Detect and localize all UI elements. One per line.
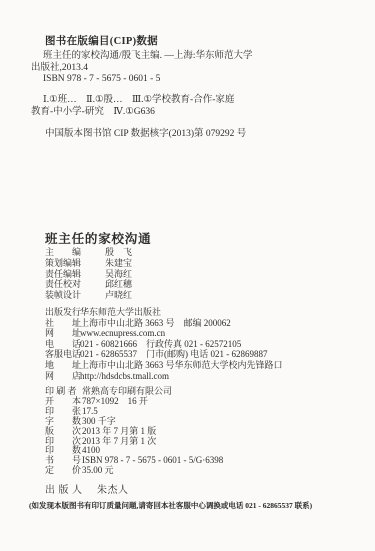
credit-label: 主 编 — [45, 247, 105, 258]
publisher-info-label: 客服电话 — [45, 349, 80, 360]
publisher-info-label: 网 店 — [45, 371, 80, 382]
cip-classification-line: Ⅰ.①班… Ⅱ.①殷… Ⅲ.①学校教育-合作-家庭 — [31, 95, 234, 107]
cip-bibliographic-block: 班主任的家校沟通/殷飞主编. —上海:华东师范大学 出版社,2013.4 ISB… — [31, 51, 253, 86]
credit-row: 装帧设计卢晓红 — [45, 290, 132, 301]
print-info-label: 定 价 — [45, 466, 82, 476]
colophon-page: 图书在版编目(CIP)数据 班主任的家校沟通/殷飞主编. —上海:华东师范大学 … — [0, 0, 375, 551]
publisher-person-value: 朱杰人 — [97, 485, 129, 496]
credit-value: 吴海红 — [105, 269, 132, 279]
print-info-value: 常熟高专印刷有限公司 — [82, 386, 172, 396]
publisher-info-row: 网 店http://hdsdcbs.tmall.com — [45, 371, 283, 382]
publisher-info-value: 华东师范大学出版社 — [80, 307, 161, 317]
print-info-row: 定 价35.00 元 — [45, 466, 223, 476]
credit-value: 朱建宝 — [105, 258, 132, 268]
credit-label: 策划编辑 — [45, 258, 105, 269]
credit-value: 邱红穗 — [105, 279, 132, 289]
publisher-info-row: 网 址www.ecnupress.com.cn — [45, 328, 283, 339]
publisher-info-label: 地 址 — [45, 360, 80, 371]
publisher-info-value: 021 - 60821666 行政传真 021 - 62572105 — [80, 339, 241, 349]
credit-value: 殷 飞 — [105, 247, 132, 257]
cip-record-number: 中国版本图书馆 CIP 数据核字(2013)第 079292 号 — [45, 125, 246, 139]
publisher-info-block: 出版发行华东师范大学出版社 社 址上海市中山北路 3663 号 邮编 20006… — [45, 307, 283, 381]
cip-bib-line: 班主任的家校沟通/殷飞主编. —上海:华东师范大学 — [31, 51, 253, 63]
publisher-info-value: 021 - 62865537 门市(邮购) 电话 021 - 62869887 — [80, 349, 268, 359]
cip-isbn-line: ISBN 978 - 7 - 5675 - 0601 - 5 — [31, 74, 253, 86]
book-title: 班主任的家校沟通 — [45, 229, 151, 247]
publisher-person-row: 出 版 人朱杰人 — [45, 481, 129, 496]
cip-classification-line: 教育-中小学-研究 Ⅳ.①G636 — [31, 107, 234, 119]
print-info-value: 787×1092 16 开 — [82, 396, 148, 406]
credit-label: 责任编辑 — [45, 269, 105, 280]
cip-bib-line: 出版社,2013.4 — [31, 63, 253, 75]
publisher-info-row: 社 址上海市中山北路 3663 号 邮编 200062 — [45, 318, 283, 329]
publisher-info-label: 社 址 — [45, 318, 80, 329]
publisher-info-label: 网 址 — [45, 328, 80, 339]
print-info-block: 印 刷 者常熟高专印刷有限公司 开 本787×1092 16 开 印 张17.5… — [45, 387, 223, 476]
print-info-value: 300 千字 — [82, 416, 116, 426]
credit-row: 策划编辑朱建宝 — [45, 258, 132, 269]
credit-value: 卢晓红 — [105, 290, 132, 300]
book-number-value: ISBN 978 - 7 - 5675 - 0601 - 5/G·6398 — [82, 455, 223, 465]
print-info-value: 17.5 — [82, 406, 98, 416]
price-value: 35.00 元 — [82, 465, 114, 475]
publisher-info-row: 出版发行华东师范大学出版社 — [45, 307, 283, 318]
publisher-store-url: http://hdsdcbs.tmall.com — [80, 371, 169, 381]
cip-heading: 图书在版编目(CIP)数据 — [45, 33, 158, 48]
credit-row: 责任编辑吴海红 — [45, 269, 132, 280]
print-info-value: 4100 — [82, 445, 100, 455]
publisher-info-row: 电 话021 - 60821666 行政传真 021 - 62572105 — [45, 339, 283, 350]
publisher-info-value: 上海市中山北路 3663 号 邮编 200062 — [80, 318, 231, 328]
print-info-value: 2013 年 7 月第 1 版 — [82, 426, 156, 436]
credits-block: 主 编殷 飞 策划编辑朱建宝 责任编辑吴海红 责任校对邱红穗 装帧设计卢晓红 — [45, 247, 132, 301]
publisher-info-label: 出版发行 — [45, 307, 80, 318]
credit-label: 责任校对 — [45, 279, 105, 290]
credit-row: 主 编殷 飞 — [45, 247, 132, 258]
publisher-info-value: 上海市中山北路 3663 号华东师范大学校内先锋路口 — [80, 360, 283, 370]
quality-notice: (如发现本版图书有印订质量问题,请寄回本社客服中心调换或电话 021 - 628… — [29, 501, 349, 510]
cip-classification-block: Ⅰ.①班… Ⅱ.①殷… Ⅲ.①学校教育-合作-家庭 教育-中小学-研究 Ⅳ.①G… — [31, 95, 234, 118]
publisher-website-url: www.ecnupress.com.cn — [80, 328, 165, 338]
publisher-info-row: 地 址上海市中山北路 3663 号华东师范大学校内先锋路口 — [45, 360, 283, 371]
publisher-info-row: 客服电话021 - 62865537 门市(邮购) 电话 021 - 62869… — [45, 349, 283, 360]
credit-row: 责任校对邱红穗 — [45, 279, 132, 290]
publisher-info-label: 电 话 — [45, 339, 80, 350]
publisher-person-label: 出 版 人 — [45, 481, 97, 496]
credit-label: 装帧设计 — [45, 290, 105, 301]
